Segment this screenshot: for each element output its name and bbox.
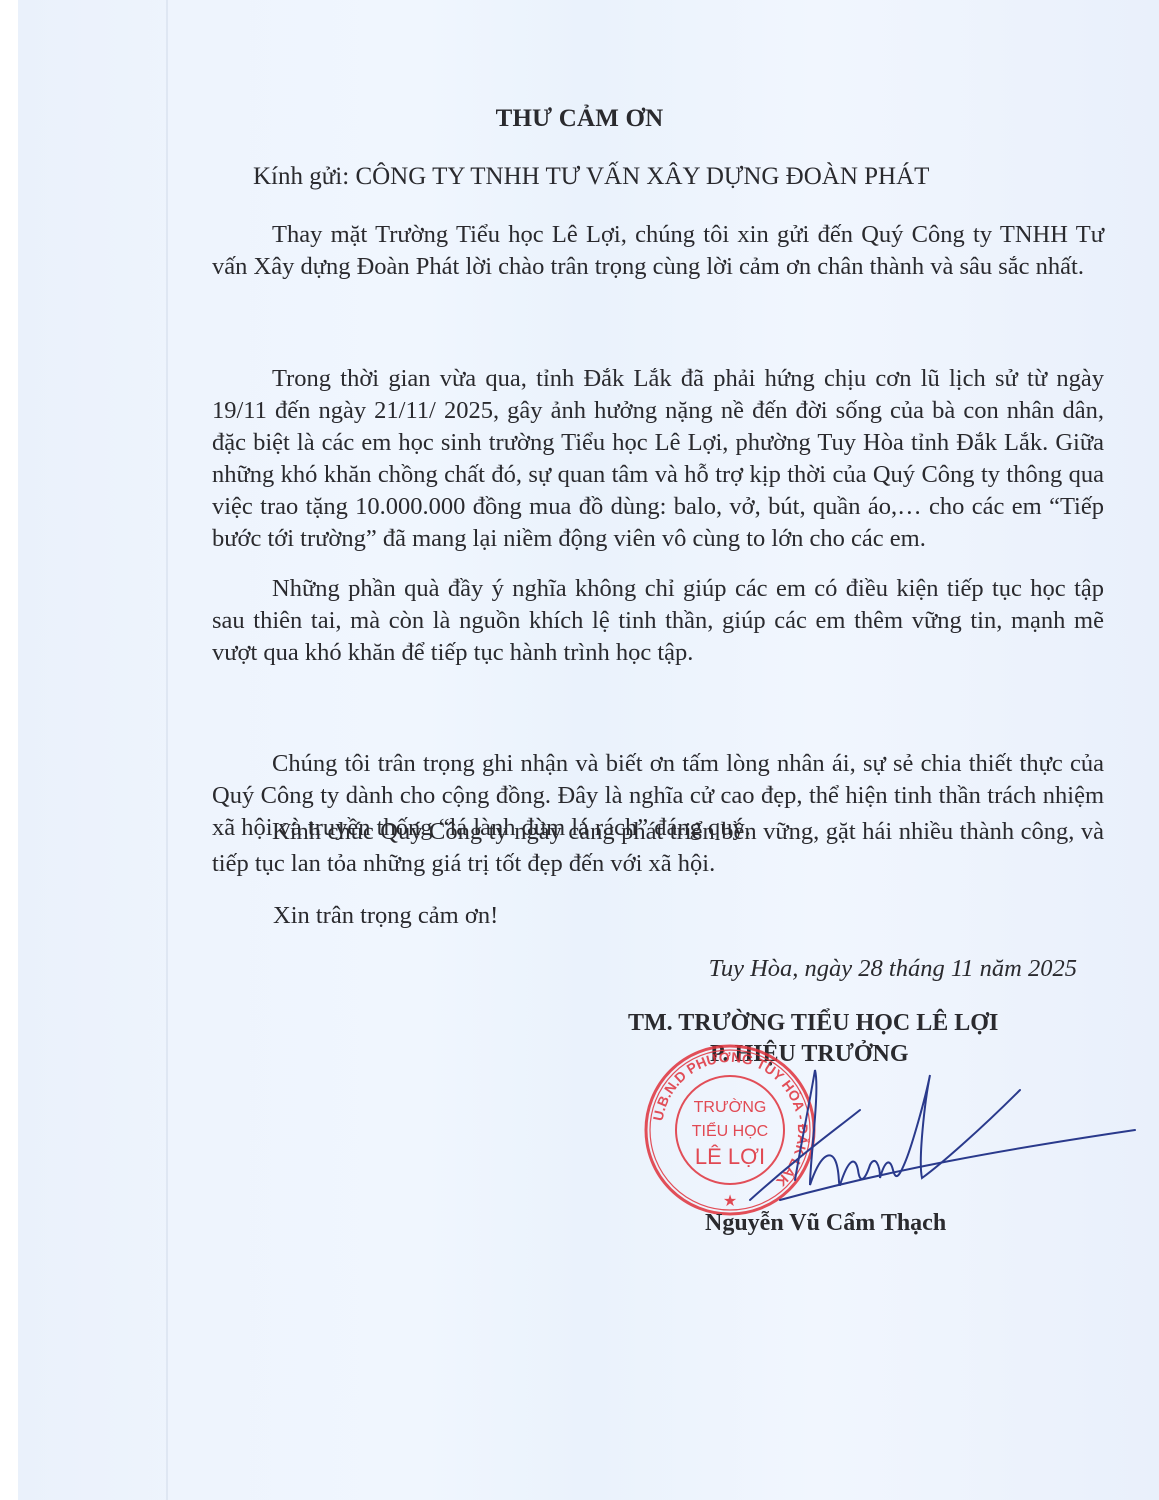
paragraph-context: Trong thời gian vừa qua, tỉnh Đắk Lắk đã… [212,363,1104,555]
paragraph-greeting: Thay mặt Trường Tiểu học Lê Lợi, chúng t… [212,219,1104,283]
closing-line: Xin trân trọng cảm ơn! [273,902,498,930]
letter-title: THƯ CẢM ƠN [0,105,1159,133]
paragraph-wishes: Kính chúc Quý Công ty ngày càng phát tri… [212,816,1104,880]
paper-fold-line [166,0,168,1500]
date-line: Tuy Hòa, ngày 28 tháng 11 năm 2025 [709,955,1077,983]
signer-name: Nguyễn Vũ Cẩm Thạch [705,1210,946,1237]
svg-text:★: ★ [723,1193,737,1210]
signature-organization: TM. TRƯỜNG TIỂU HỌC LÊ LỢI [628,1010,998,1037]
signature-mark-icon [740,1060,1140,1210]
letter-recipient: Kính gửi: CÔNG TY TNHH TƯ VẤN XÂY DỰNG Đ… [253,163,929,191]
paragraph-impact: Những phần quà đầy ý nghĩa không chỉ giú… [212,573,1104,669]
